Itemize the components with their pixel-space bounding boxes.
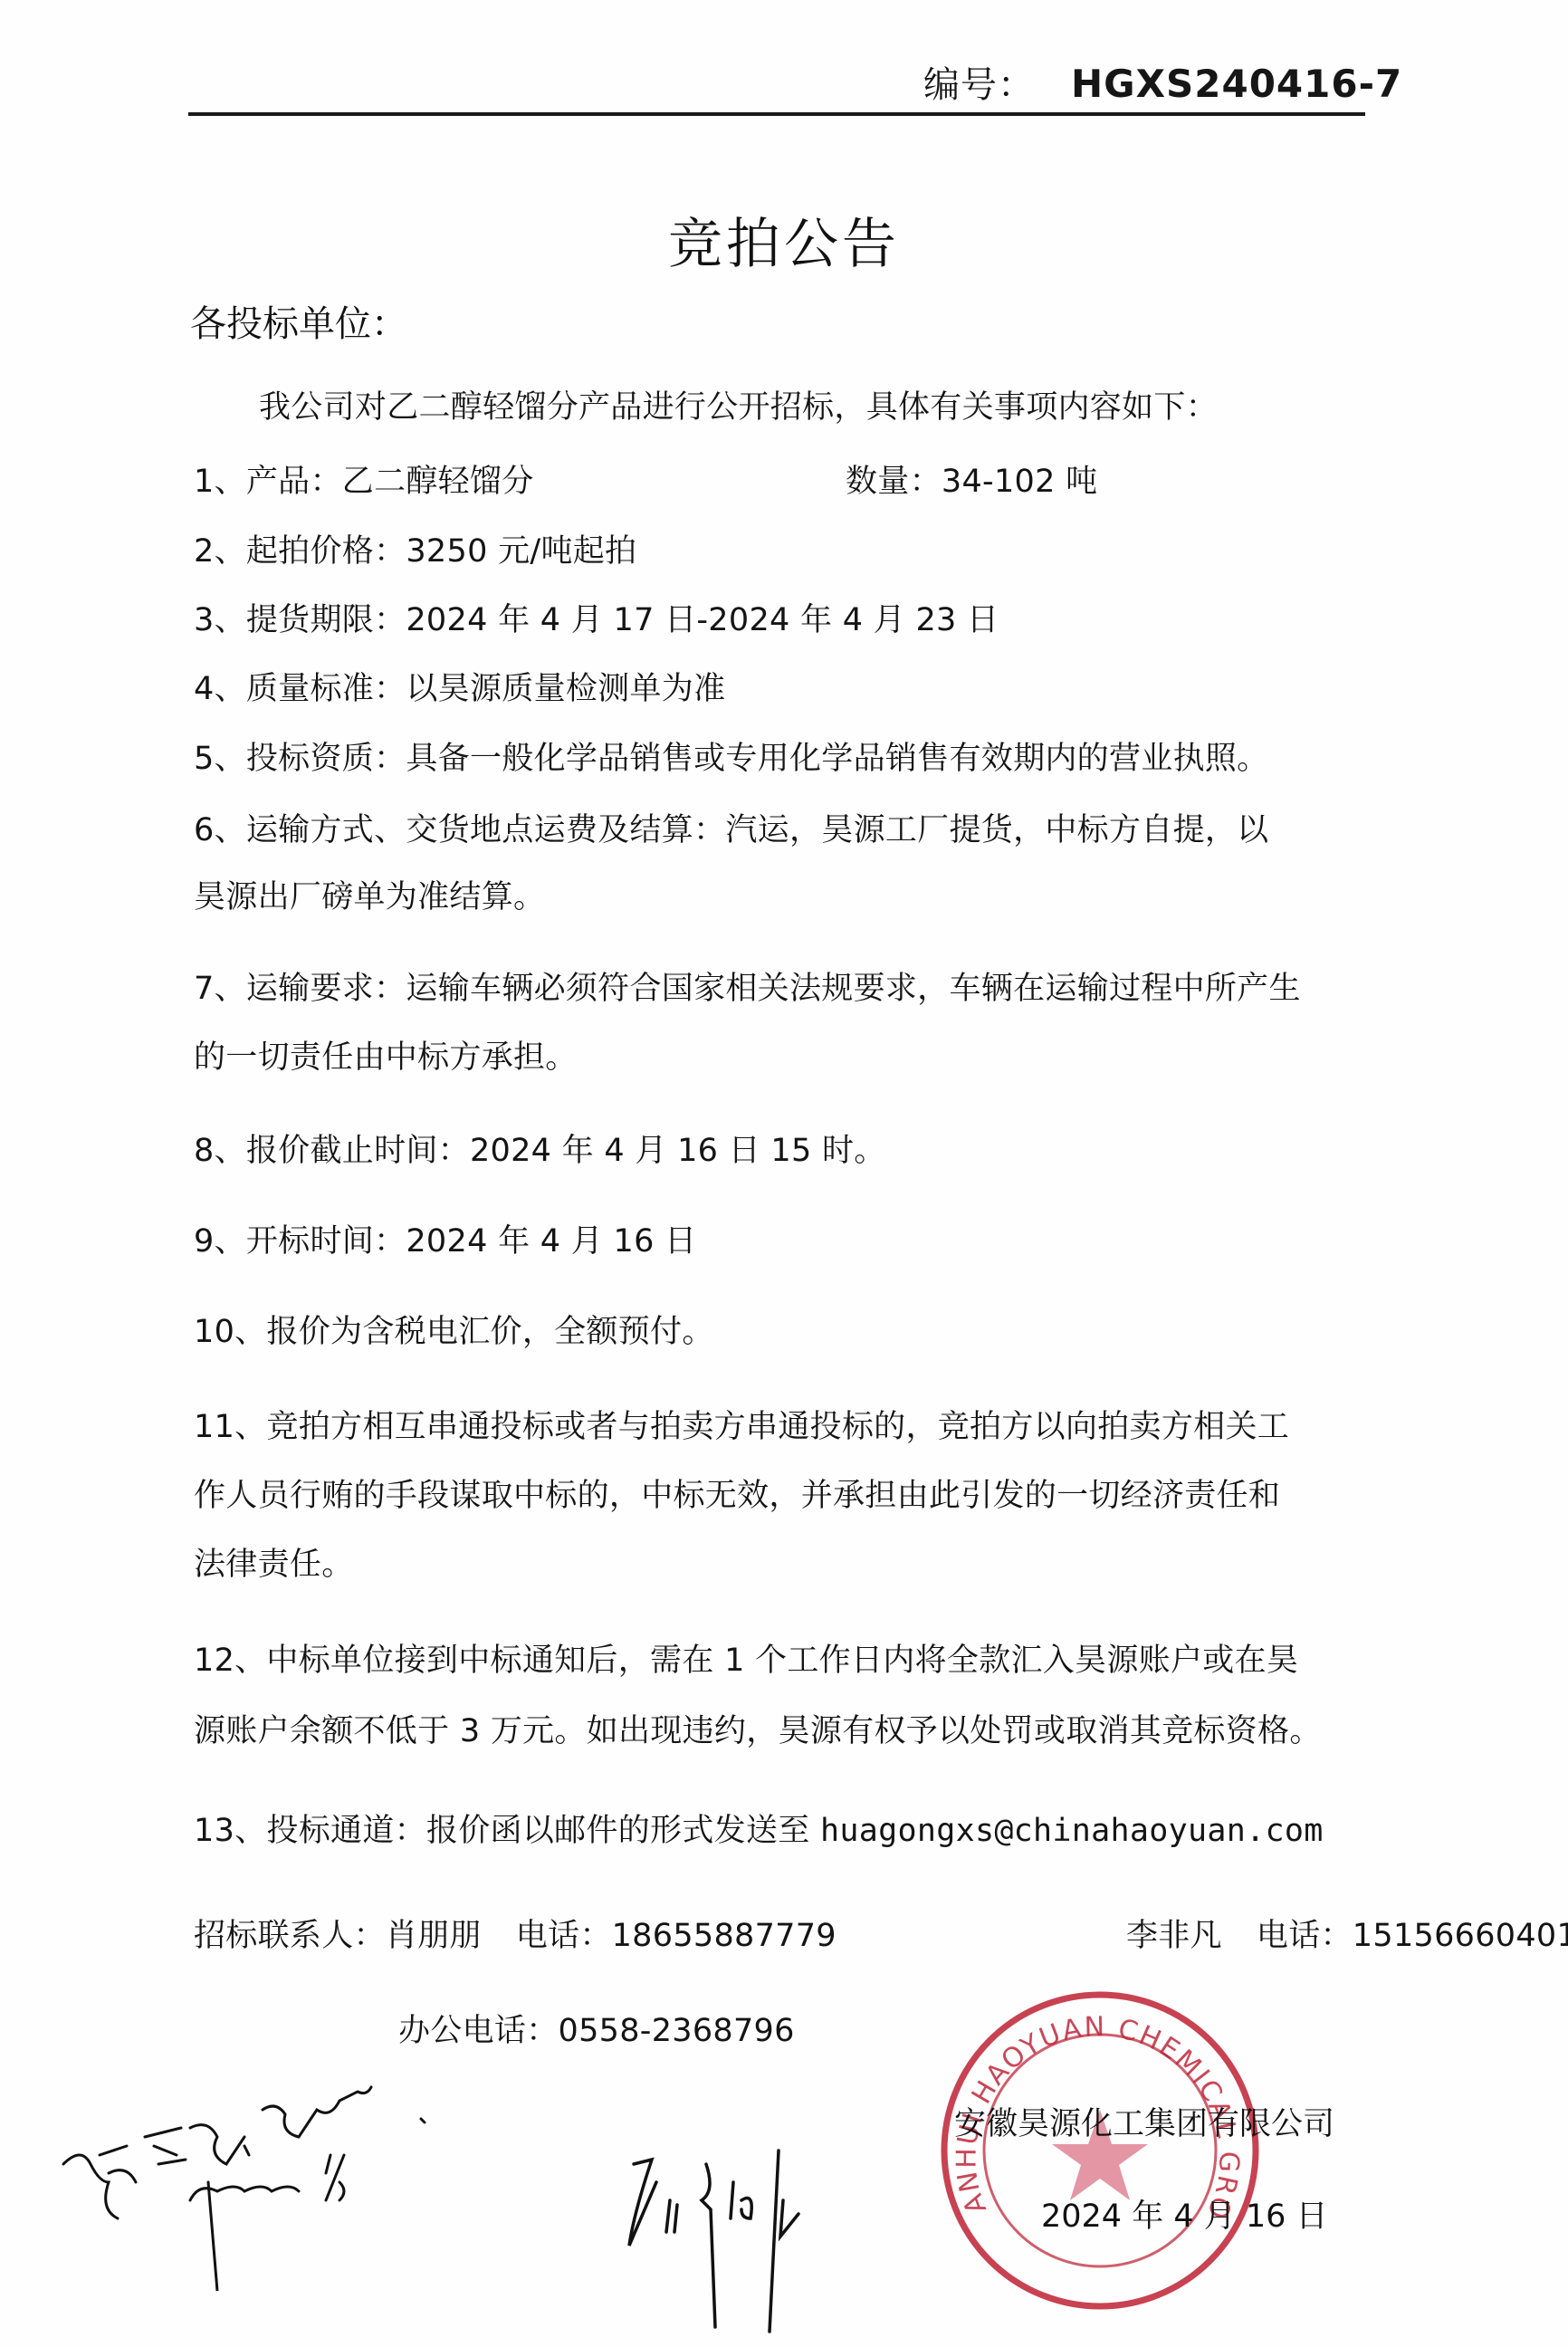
document-title: 竞拍公告 xyxy=(0,201,1568,279)
item-6-line2: 昊源出厂磅单为准结算。 xyxy=(194,872,545,917)
item-3: 3、提货期限：2024 年 4 月 17 日-2024 年 4 月 23 日 xyxy=(194,595,999,640)
document-number-label: 编号： xyxy=(923,64,1035,106)
item-8: 8、报价截止时间：2024 年 4 月 16 日 15 时。 xyxy=(194,1126,886,1171)
item-7-line2: 的一切责任由中标方承担。 xyxy=(194,1032,578,1078)
item-13: 13、投标通道：报价函以邮件的形式发送至 huagongxs@chinahaoy… xyxy=(194,1806,1324,1851)
handwritten-signature-icon xyxy=(625,2146,878,2336)
document-number-value: HGXS240416-7 xyxy=(1071,62,1402,106)
item-12-line2: 源账户余额不低于 3 万元。如出现违约，昊源有权予以处罚或取消其竞标资格。 xyxy=(194,1706,1322,1751)
item-5: 5、投标资质：具备一般化学品销售或专用化学品销售有效期内的营业执照。 xyxy=(194,733,1268,779)
contact2-name: 李非凡 xyxy=(1126,1918,1222,1954)
contact1-name: 肖朋朋 xyxy=(386,1918,482,1954)
office-phone: 办公电话：0558-2368796 xyxy=(398,2006,795,2051)
item-11-line3: 法律责任。 xyxy=(194,1539,354,1585)
item-12-line1: 12、中标单位接到中标通知后，需在 1 个工作日内将全款汇入昊源账户或在昊 xyxy=(194,1635,1298,1681)
contact1-phone: 电话：18655887779 xyxy=(516,1918,837,1954)
item-4: 4、质量标准：以昊源质量检测单为准 xyxy=(194,664,725,709)
contacts-label: 招标联系人： xyxy=(194,1918,386,1954)
item-13-label: 13、投标通道：报价函以邮件的形式发送至 xyxy=(194,1813,820,1849)
issuing-company: 安徽昊源化工集团有限公司 xyxy=(954,2099,1334,2144)
bid-email-link[interactable]: huagongxs@chinahaoyuan.com xyxy=(820,1813,1324,1849)
intro-paragraph: 我公司对乙二醇轻馏分产品进行公开招标，具体有关事项内容如下： xyxy=(259,382,1218,427)
document-number: 编号：HGXS240416-7 xyxy=(923,56,1402,108)
issue-date: 2024 年 4 月 16 日 xyxy=(1041,2191,1328,2237)
contact2-phone: 电话：15156660401 xyxy=(1257,1918,1568,1954)
contact2: 李非凡电话：15156660401 xyxy=(1126,1911,1568,1956)
handwritten-note-icon xyxy=(54,2083,453,2291)
item-9: 9、开标时间：2024 年 4 月 16 日 xyxy=(194,1216,696,1261)
item-7-line1: 7、运输要求：运输车辆必须符合国家相关法规要求，车辆在运输过程中所产生 xyxy=(194,963,1301,1009)
item-11-line2: 作人员行贿的手段谋取中标的，中标无效，并承担由此引发的一切经济责任和 xyxy=(194,1470,1280,1516)
item-11-line1: 11、竞拍方相互串通投标或者与拍卖方串通投标的，竞拍方以向拍卖方相关工 xyxy=(194,1402,1289,1447)
company-seal-icon: ANHUI HAOYUAN CHEMICAL GROUP CO.,LTD. xyxy=(932,1983,1267,2318)
item-6-line1: 6、运输方式、交货地点运费及结算：汽运，昊源工厂提货，中标方自提，以 xyxy=(194,805,1268,850)
document-page: 编号：HGXS240416-7 竞拍公告 各投标单位： 我公司对乙二醇轻馏分产品… xyxy=(0,0,1568,2347)
item-2: 2、起拍价格：3250 元/吨起拍 xyxy=(194,526,636,571)
item-1-quantity: 数量：34-102 吨 xyxy=(846,456,1097,502)
header-divider xyxy=(188,112,1365,116)
item-1-product: 1、产品：乙二醇轻馏分 xyxy=(194,464,534,500)
item-1: 1、产品：乙二醇轻馏分 数量：34-102 吨 xyxy=(194,456,1371,502)
item-10: 10、报价为含税电汇价，全额预付。 xyxy=(194,1307,714,1352)
salutation: 各投标单位： xyxy=(190,295,407,347)
contacts-row: 招标联系人：肖朋朋电话：18655887779 李非凡电话：1515666040… xyxy=(194,1911,1371,1956)
